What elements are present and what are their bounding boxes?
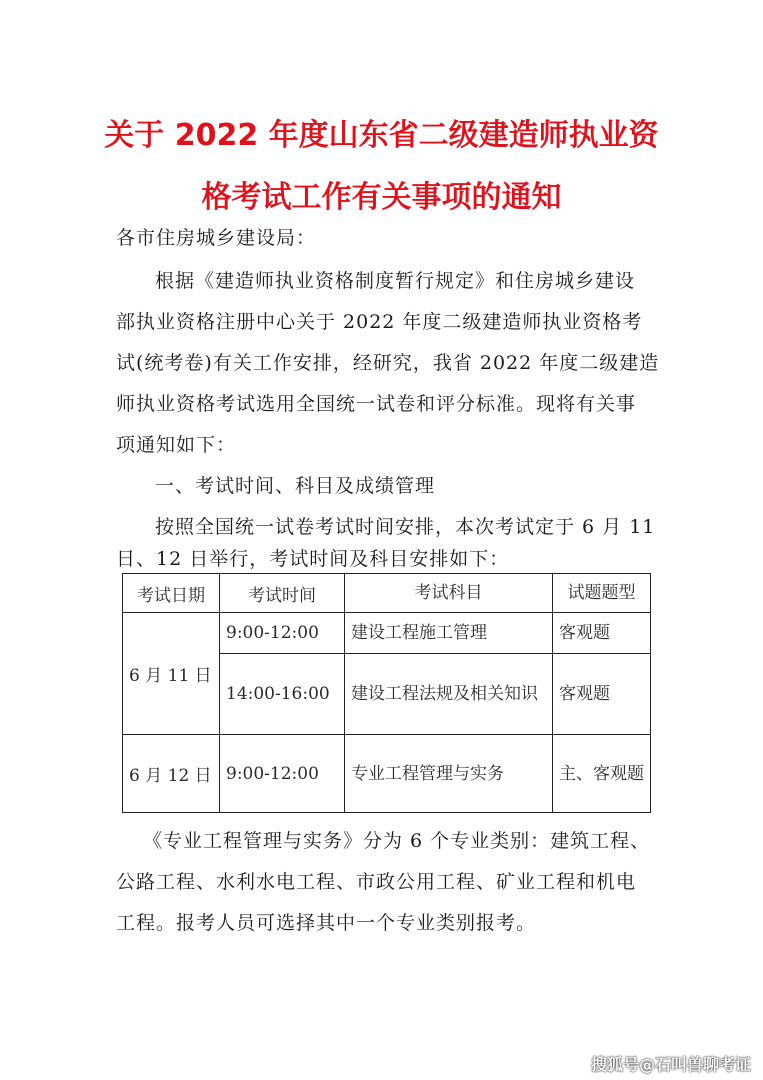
- cell-date: 6 月 11 日: [123, 613, 220, 735]
- header-date: 考试日期: [123, 574, 220, 613]
- cell-time: 14:00-16:00: [220, 654, 345, 735]
- cell-type: 主、客观题: [553, 735, 651, 813]
- paragraph-1-line: 师执业资格考试选用全国统一试卷和评分标准。现将有关事: [116, 389, 636, 416]
- paragraph-1-line: 部执业资格注册中心关于 2022 年度二级建造师执业资格考: [116, 307, 642, 334]
- paragraph-2-line: 日、12 日举行，考试时间及科目安排如下：: [116, 544, 509, 571]
- header-time: 考试时间: [220, 574, 345, 613]
- paragraph-2-line: 按照全国统一试卷考试时间安排，本次考试定于 6 月 11: [155, 512, 655, 539]
- section-heading: 一、考试时间、科目及成绩管理: [155, 471, 435, 498]
- cell-subject: 建设工程法规及相关知识: [345, 654, 553, 735]
- salutation: 各市住房城乡建设局：: [116, 223, 316, 250]
- paragraph-3-line: 《专业工程管理与实务》分为 6 个专业类别：建筑工程、: [143, 826, 650, 853]
- paragraph-3-line: 公路工程、水利水电工程、市政公用工程、矿业工程和机电: [116, 867, 636, 894]
- cell-time: 9:00-12:00: [220, 735, 345, 813]
- document-title-line-2: 格考试工作有关事项的通知: [0, 172, 763, 216]
- document-title-line-1: 关于 2022 年度山东省二级建造师执业资: [0, 110, 763, 154]
- cell-type: 客观题: [553, 613, 651, 654]
- cell-date: 6 月 12 日: [123, 735, 220, 813]
- cell-time: 9:00-12:00: [220, 613, 345, 654]
- header-subject: 考试科目: [345, 574, 553, 613]
- table-row: 6 月 11 日 9:00-12:00 建设工程施工管理 客观题: [123, 613, 651, 654]
- paragraph-1-line: 试(统考卷)有关工作安排，经研究，我省 2022 年度二级建造: [116, 348, 659, 375]
- table-row: 6 月 12 日 9:00-12:00 专业工程管理与实务 主、客观题: [123, 735, 651, 813]
- exam-schedule-table: 考试日期 考试时间 考试科目 试题题型 6 月 11 日 9:00-12:00 …: [122, 573, 651, 813]
- table-header-row: 考试日期 考试时间 考试科目 试题题型: [123, 574, 651, 613]
- paragraph-3-line: 工程。报考人员可选择其中一个专业类别报考。: [116, 908, 536, 935]
- watermark: 搜狐号@石叫兽聊考证: [591, 1052, 751, 1075]
- cell-subject: 建设工程施工管理: [345, 613, 553, 654]
- paragraph-1-line: 根据《建造师执业资格制度暂行规定》和住房城乡建设: [155, 266, 635, 293]
- header-type: 试题题型: [553, 574, 651, 613]
- cell-subject: 专业工程管理与实务: [345, 735, 553, 813]
- cell-type: 客观题: [553, 654, 651, 735]
- paragraph-1-line: 项通知如下：: [116, 430, 236, 457]
